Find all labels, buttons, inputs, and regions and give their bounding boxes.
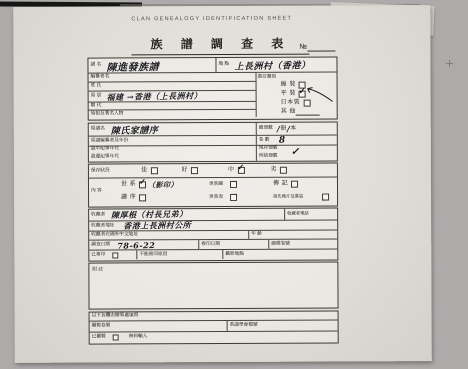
section-identification: 譜 名 陳進發族譜 地 點 上長洲村（香港） 編纂者名 姓 氏 bbox=[87, 56, 337, 120]
condition-good-checkbox bbox=[150, 167, 157, 174]
cell-no-copy-reason: 不能複印原因 bbox=[137, 250, 223, 259]
cell-reel-number: 縮微卷號 bbox=[269, 239, 337, 248]
section-contents: 保存狀況 佳 好 中 ✓ 劣 bbox=[88, 162, 338, 207]
condition-label: 保存狀況 bbox=[91, 168, 119, 174]
condition-good-label: 佳 bbox=[141, 168, 148, 175]
condition-option-2: 好 bbox=[181, 167, 198, 174]
condition-option-4: 劣 bbox=[270, 167, 287, 174]
row-condition: 保存狀況 佳 好 中 ✓ 劣 bbox=[89, 164, 337, 179]
scanned-sheet: CLAN GENEALOGY IDENTIFICATION SHEET 族 譜 … bbox=[0, 0, 468, 369]
juan-value: 8 bbox=[278, 135, 285, 145]
surname-label: 姓 氏 bbox=[91, 84, 102, 90]
extant-label: 現存冊數 bbox=[259, 146, 278, 152]
place-label: 地 點 bbox=[218, 62, 229, 68]
section-volumes: 原譜名 陳氏家譜序 原譜編纂者及年份 最早紀事年代 最遲紀事年代 bbox=[88, 121, 338, 162]
era-late-label: 最遲紀事年代 bbox=[91, 154, 119, 160]
section-holder: 收藏者 陳厚根（村長兄弟） 收藏者電話 收藏者地址 香港上長洲村公所 收藏者在國… bbox=[88, 207, 338, 261]
office-header-label: 以下各欄由辦事處填寫 bbox=[92, 314, 139, 320]
total-volumes-label: 總冊數 bbox=[259, 126, 273, 132]
preface-checkbox bbox=[139, 194, 146, 201]
content-item-table: 世系表 bbox=[209, 194, 273, 201]
cell-genealogy-name: 譜 名 陳進發族譜 bbox=[88, 58, 216, 73]
section-office-use: 以下各欄由辦事處填寫 攝製卷號 系譜學會檔號 已攝製 資料輸入 bbox=[89, 310, 339, 344]
missing-label: 所缺冊數 bbox=[259, 153, 278, 159]
form-paper: CLAN GENEALOGY IDENTIFICATION SHEET 族 譜 … bbox=[13, 5, 432, 363]
filmed-checkbox bbox=[113, 334, 119, 340]
original-title-value: 陳氏家譜序 bbox=[111, 122, 159, 136]
content-item-chart: 世系圖 bbox=[209, 181, 273, 188]
survey-date-label: 調查日期 bbox=[91, 242, 110, 248]
row-total-volumes: 總冊數 ∕ 冊 ∕ 本 bbox=[257, 123, 337, 136]
origin-value: 福建 →香港（上長洲村） bbox=[106, 90, 202, 103]
photo-place-label: 攝影地點 bbox=[225, 252, 244, 258]
row-office-status: 已攝製 資料輸入 bbox=[90, 331, 338, 341]
content-item-bio: 傳 記 bbox=[273, 181, 335, 188]
condition-poor-checkbox bbox=[280, 167, 287, 174]
photos-checkbox bbox=[322, 194, 329, 201]
cell-overseas-address: 收藏者在國外中文地址 bbox=[89, 231, 249, 240]
notes-label: 附 註 bbox=[92, 267, 103, 273]
holder-address-label: 收藏者地址 bbox=[91, 223, 114, 229]
copy-date-label: 複印日期 bbox=[201, 242, 220, 248]
condition-fair-label: 好 bbox=[181, 167, 188, 174]
genealogy-name-label: 譜 名 bbox=[90, 63, 101, 69]
cell-place: 地 點 上長洲村（香港） bbox=[216, 58, 336, 73]
row-contents: 內 容 世 系 ✓ （影印） 世系圖 傳 記 bbox=[89, 178, 337, 205]
data-input-label: 資料輸入 bbox=[129, 334, 148, 340]
number-field: № bbox=[299, 44, 335, 52]
dynasty-label: 朝 代 bbox=[91, 103, 102, 109]
condition-poor-label: 劣 bbox=[270, 167, 277, 174]
section1-left-column: 編纂者名 姓 氏 原 居 福建 →香港（上長洲村） 朝 代 始祖及著名人物 bbox=[89, 73, 257, 118]
era-early-label: 最早紀事年代 bbox=[91, 147, 119, 153]
cell-gs-number: 系譜學會檔號 bbox=[228, 320, 338, 330]
row-original-title: 原譜名 陳氏家譜序 bbox=[89, 123, 256, 137]
form-header-english: CLAN GENEALOGY IDENTIFICATION SHEET bbox=[29, 15, 394, 22]
cell-filming-reel: 攝製卷號 bbox=[90, 321, 228, 332]
no-copy-reason-label: 不能複印原因 bbox=[139, 252, 167, 258]
cell-copy-date: 複印日期 bbox=[199, 240, 269, 249]
condition-medium-checkbox: ✓ bbox=[237, 167, 244, 174]
binding-option-paperback: 平 裝 ✓ bbox=[281, 91, 306, 98]
binding-japanese-label: 日本裝 bbox=[281, 100, 301, 107]
cell-copied: 已複印 bbox=[89, 250, 137, 259]
content-item-lineage: 世 系 ✓ （影印） bbox=[121, 180, 209, 190]
bio-label: 傳 記 bbox=[273, 181, 288, 188]
compiler-label: 編纂者名 bbox=[91, 75, 110, 81]
row-origin: 原 居 福建 →香港（上長洲村） bbox=[89, 91, 256, 103]
section1-body: 編纂者名 姓 氏 原 居 福建 →香港（上長洲村） 朝 代 始祖及著名人物 bbox=[89, 73, 337, 118]
extant-check-mark: ✓ bbox=[291, 147, 300, 158]
copied-checkbox bbox=[112, 252, 118, 258]
binding-other-blank bbox=[296, 109, 320, 116]
copied-label: 已複印 bbox=[91, 252, 105, 258]
number-blank-line bbox=[307, 44, 335, 51]
filming-reel-label: 攝製卷號 bbox=[92, 324, 111, 330]
genealogy-name-value: 陳進發族譜 bbox=[106, 57, 159, 73]
section2-body: 原譜名 陳氏家譜序 原譜編纂者及年份 最早紀事年代 最遲紀事年代 bbox=[89, 123, 337, 162]
binding-paperback-label: 平 裝 bbox=[281, 91, 296, 98]
row-ancestor: 始祖及著名人物 bbox=[89, 110, 256, 118]
row-extant: 現存冊數 所缺冊數 ✓ bbox=[257, 146, 337, 159]
bio-checkbox bbox=[291, 181, 298, 188]
ancestor-label: 始祖及著名人物 bbox=[91, 111, 124, 117]
condition-option-1: 佳 bbox=[141, 167, 158, 174]
binding-header-label: 裝訂類別 bbox=[258, 75, 277, 81]
pen-arrow-mark bbox=[305, 86, 335, 104]
section2-right-column: 總冊數 ∕ 冊 ∕ 本 卷 數 8 現存冊數 所缺冊數 bbox=[257, 123, 337, 161]
preface-label: 譜 序 bbox=[121, 195, 136, 202]
content-item-photos: 祖先像片及墓誌 bbox=[273, 194, 335, 201]
row-copy-status: 已複印 不能複印原因 攝影地點 bbox=[89, 249, 337, 259]
row-title-place: 譜 名 陳進發族譜 地 點 上長洲村（香港） bbox=[88, 58, 336, 74]
row-era: 最早紀事年代 最遲紀事年代 bbox=[89, 146, 256, 160]
cell-age: 年 齡 bbox=[249, 230, 337, 238]
filmed-label: 已攝製 bbox=[92, 334, 106, 340]
content-item-preface: 譜 序 bbox=[121, 194, 209, 201]
original-compiler-label: 原譜編纂者及年份 bbox=[91, 138, 128, 144]
binding-type-box: 裝訂類別 線 裝 平 裝 ✓ 日本裝 bbox=[257, 73, 337, 117]
form-title-chinese: 族 譜 調 查 表 bbox=[131, 35, 309, 56]
lineage-note: （影印） bbox=[148, 179, 178, 190]
holder-phone-label: 收藏者電話 bbox=[287, 212, 316, 217]
row-holder: 收藏者 陳厚根（村長兄弟） 收藏者電話 bbox=[89, 209, 337, 222]
origin-label: 原 居 bbox=[91, 94, 102, 100]
cell-survey-date: 調查日期 78-6-22 bbox=[89, 240, 199, 249]
section-notes: 附 註 bbox=[88, 261, 338, 309]
table-label: 世系表 bbox=[209, 195, 223, 201]
condition-medium-label: 中 bbox=[228, 167, 235, 174]
photos-label: 祖先像片及墓誌 bbox=[273, 195, 306, 200]
binding-option-other: 其 他 bbox=[281, 109, 320, 116]
volumes-slash-1: ∕ bbox=[277, 124, 281, 134]
reel-number-label: 縮微卷號 bbox=[271, 241, 290, 247]
cell-photo-place: 攝影地點 bbox=[223, 249, 337, 258]
survey-date-value: 78-6-22 bbox=[117, 240, 155, 251]
overseas-address-label: 收藏者在國外中文地址 bbox=[91, 233, 138, 239]
cell-holder-phone: 收藏者電話 bbox=[285, 209, 337, 220]
holder-address-value: 香港上長洲村公所 bbox=[123, 220, 191, 232]
age-label: 年 齡 bbox=[251, 232, 262, 238]
volumes-slash-2: ∕ bbox=[287, 124, 291, 134]
gs-number-label: 系譜學會檔號 bbox=[230, 323, 258, 329]
chart-checkbox bbox=[230, 181, 237, 188]
lineage-label: 世 系 bbox=[121, 182, 136, 189]
lineage-tick-mark: ✓ bbox=[139, 176, 146, 186]
number-label: № bbox=[299, 44, 307, 52]
condition-fair-checkbox bbox=[191, 167, 198, 174]
binding-other-label: 其 他 bbox=[281, 109, 296, 116]
table-checkbox bbox=[230, 194, 237, 201]
contents-label: 內 容 bbox=[91, 189, 114, 195]
chart-label: 世系圖 bbox=[209, 182, 223, 188]
condition-tick-mark: ✓ bbox=[237, 162, 244, 172]
section2-left-column: 原譜名 陳氏家譜序 原譜編纂者及年份 最早紀事年代 最遲紀事年代 bbox=[89, 123, 257, 162]
holder-label: 收藏者 bbox=[91, 212, 105, 218]
original-title-label: 原譜名 bbox=[91, 127, 105, 133]
binding-thread-label: 線 裝 bbox=[281, 82, 296, 89]
condition-option-3: 中 ✓ bbox=[228, 167, 245, 174]
unit-ben-label: 本 bbox=[290, 125, 297, 132]
lineage-checkbox: ✓ bbox=[139, 181, 146, 188]
juan-label: 卷 數 bbox=[259, 137, 270, 143]
contents-grid: 世 系 ✓ （影印） 世系圖 傳 記 譜 bbox=[121, 178, 335, 205]
scan-dust-mark bbox=[446, 60, 453, 67]
place-value: 上長洲村（香港） bbox=[234, 58, 310, 72]
